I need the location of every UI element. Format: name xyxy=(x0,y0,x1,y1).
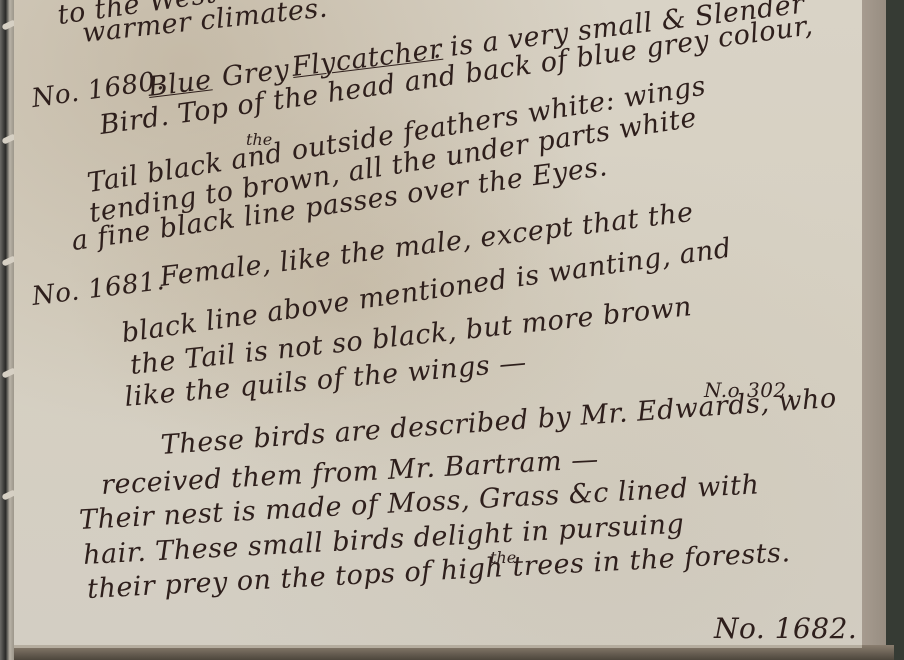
interlinear-insertion: the xyxy=(490,548,516,567)
manuscript-page: to the West Wa... warmer climates. No. 1… xyxy=(14,0,862,648)
entry-number-1682: No. 1682. xyxy=(714,612,857,645)
book-cover xyxy=(886,0,904,660)
interlinear-insertion: the xyxy=(246,130,272,149)
entry-number-1681: No. 1681. xyxy=(30,266,166,312)
book-binding xyxy=(0,0,14,660)
